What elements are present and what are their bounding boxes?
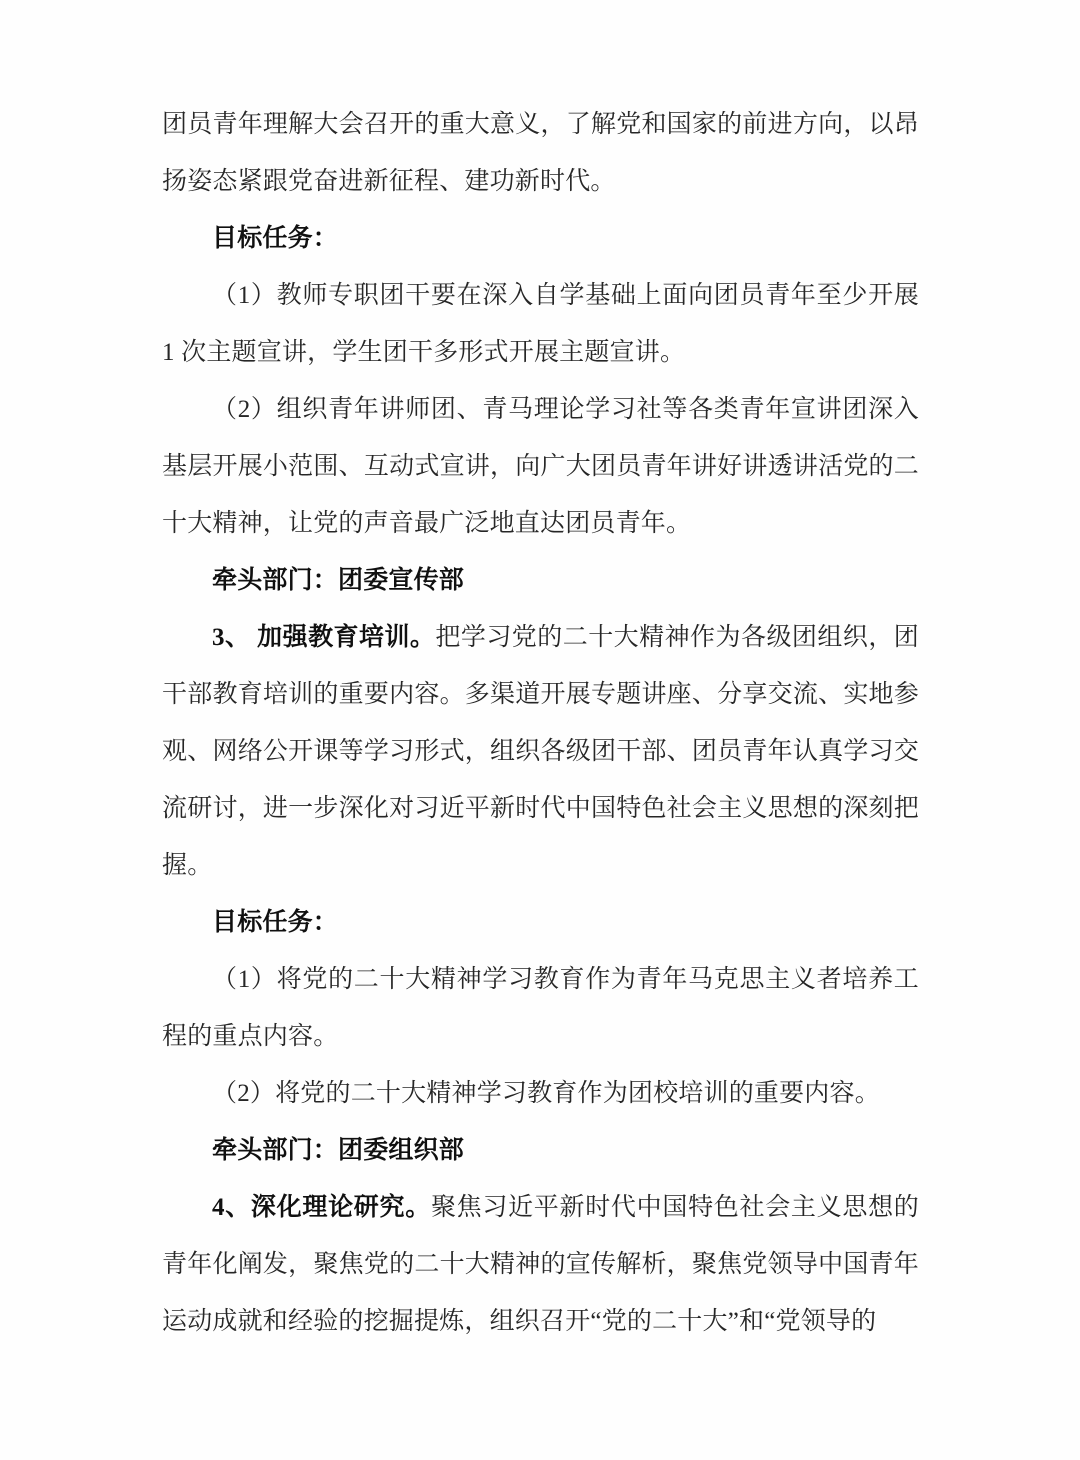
emphasis-run: 牵头部门：团委组织部 [212, 1137, 464, 1164]
text-run: （1）将党的二十大精神学习教育作为青年马克思主义者培养工程的重点内容。 [162, 966, 919, 1050]
para-section-4-theory: 4、深化理论研究。聚焦习近平新时代中国特色社会主义思想的青年化阐发，聚焦党的二十… [162, 1179, 919, 1350]
emphasis-run: 目标任务： [212, 225, 338, 252]
text-run: （1）教师专职团干要在深入自学基础上面向团员青年至少开展 1 次主题宣讲，学生团… [162, 282, 919, 366]
para-task-2-item-2: （2）将党的二十大精神学习教育作为团校培训的重要内容。 [162, 1065, 919, 1122]
emphasis-run: 4、深化理论研究。 [212, 1194, 431, 1221]
heading-target-tasks-2: 目标任务： [162, 894, 919, 951]
para-task-1-item-1: （1）教师专职团干要在深入自学基础上面向团员青年至少开展 1 次主题宣讲，学生团… [162, 267, 919, 381]
heading-lead-dept-organization: 牵头部门：团委组织部 [162, 1122, 919, 1179]
para-section-3-training: 3、 加强教育培训。把学习党的二十大精神作为各级团组织，团干部教育培训的重要内容… [162, 609, 919, 894]
document-text-area: 团员青年理解大会召开的重大意义，了解党和国家的前进方向，以昂扬姿态紧跟党奋进新征… [162, 96, 919, 1350]
emphasis-run: 牵头部门：团委宣传部 [212, 567, 464, 594]
emphasis-run: 目标任务： [212, 909, 338, 936]
emphasis-run: 3、 加强教育培训。 [212, 624, 435, 651]
text-run: 把学习党的二十大精神作为各级团组织，团干部教育培训的重要内容。多渠道开展专题讲座… [162, 624, 919, 879]
text-run: （2）组织青年讲师团、青马理论学习社等各类青年宣讲团深入基层开展小范围、互动式宣… [162, 396, 919, 537]
para-task-2-item-1: （1）将党的二十大精神学习教育作为青年马克思主义者培养工程的重点内容。 [162, 951, 919, 1065]
heading-lead-dept-publicity: 牵头部门：团委宣传部 [162, 552, 919, 609]
text-run: 团员青年理解大会召开的重大意义，了解党和国家的前进方向，以昂扬姿态紧跟党奋进新征… [162, 111, 919, 195]
text-run: （2）将党的二十大精神学习教育作为团校培训的重要内容。 [212, 1080, 880, 1107]
document-page: 团员青年理解大会召开的重大意义，了解党和国家的前进方向，以昂扬姿态紧跟党奋进新征… [0, 0, 1080, 1460]
para-task-1-item-2: （2）组织青年讲师团、青马理论学习社等各类青年宣讲团深入基层开展小范围、互动式宣… [162, 381, 919, 552]
heading-target-tasks-1: 目标任务： [162, 210, 919, 267]
para-intro-continuation: 团员青年理解大会召开的重大意义，了解党和国家的前进方向，以昂扬姿态紧跟党奋进新征… [162, 96, 919, 210]
